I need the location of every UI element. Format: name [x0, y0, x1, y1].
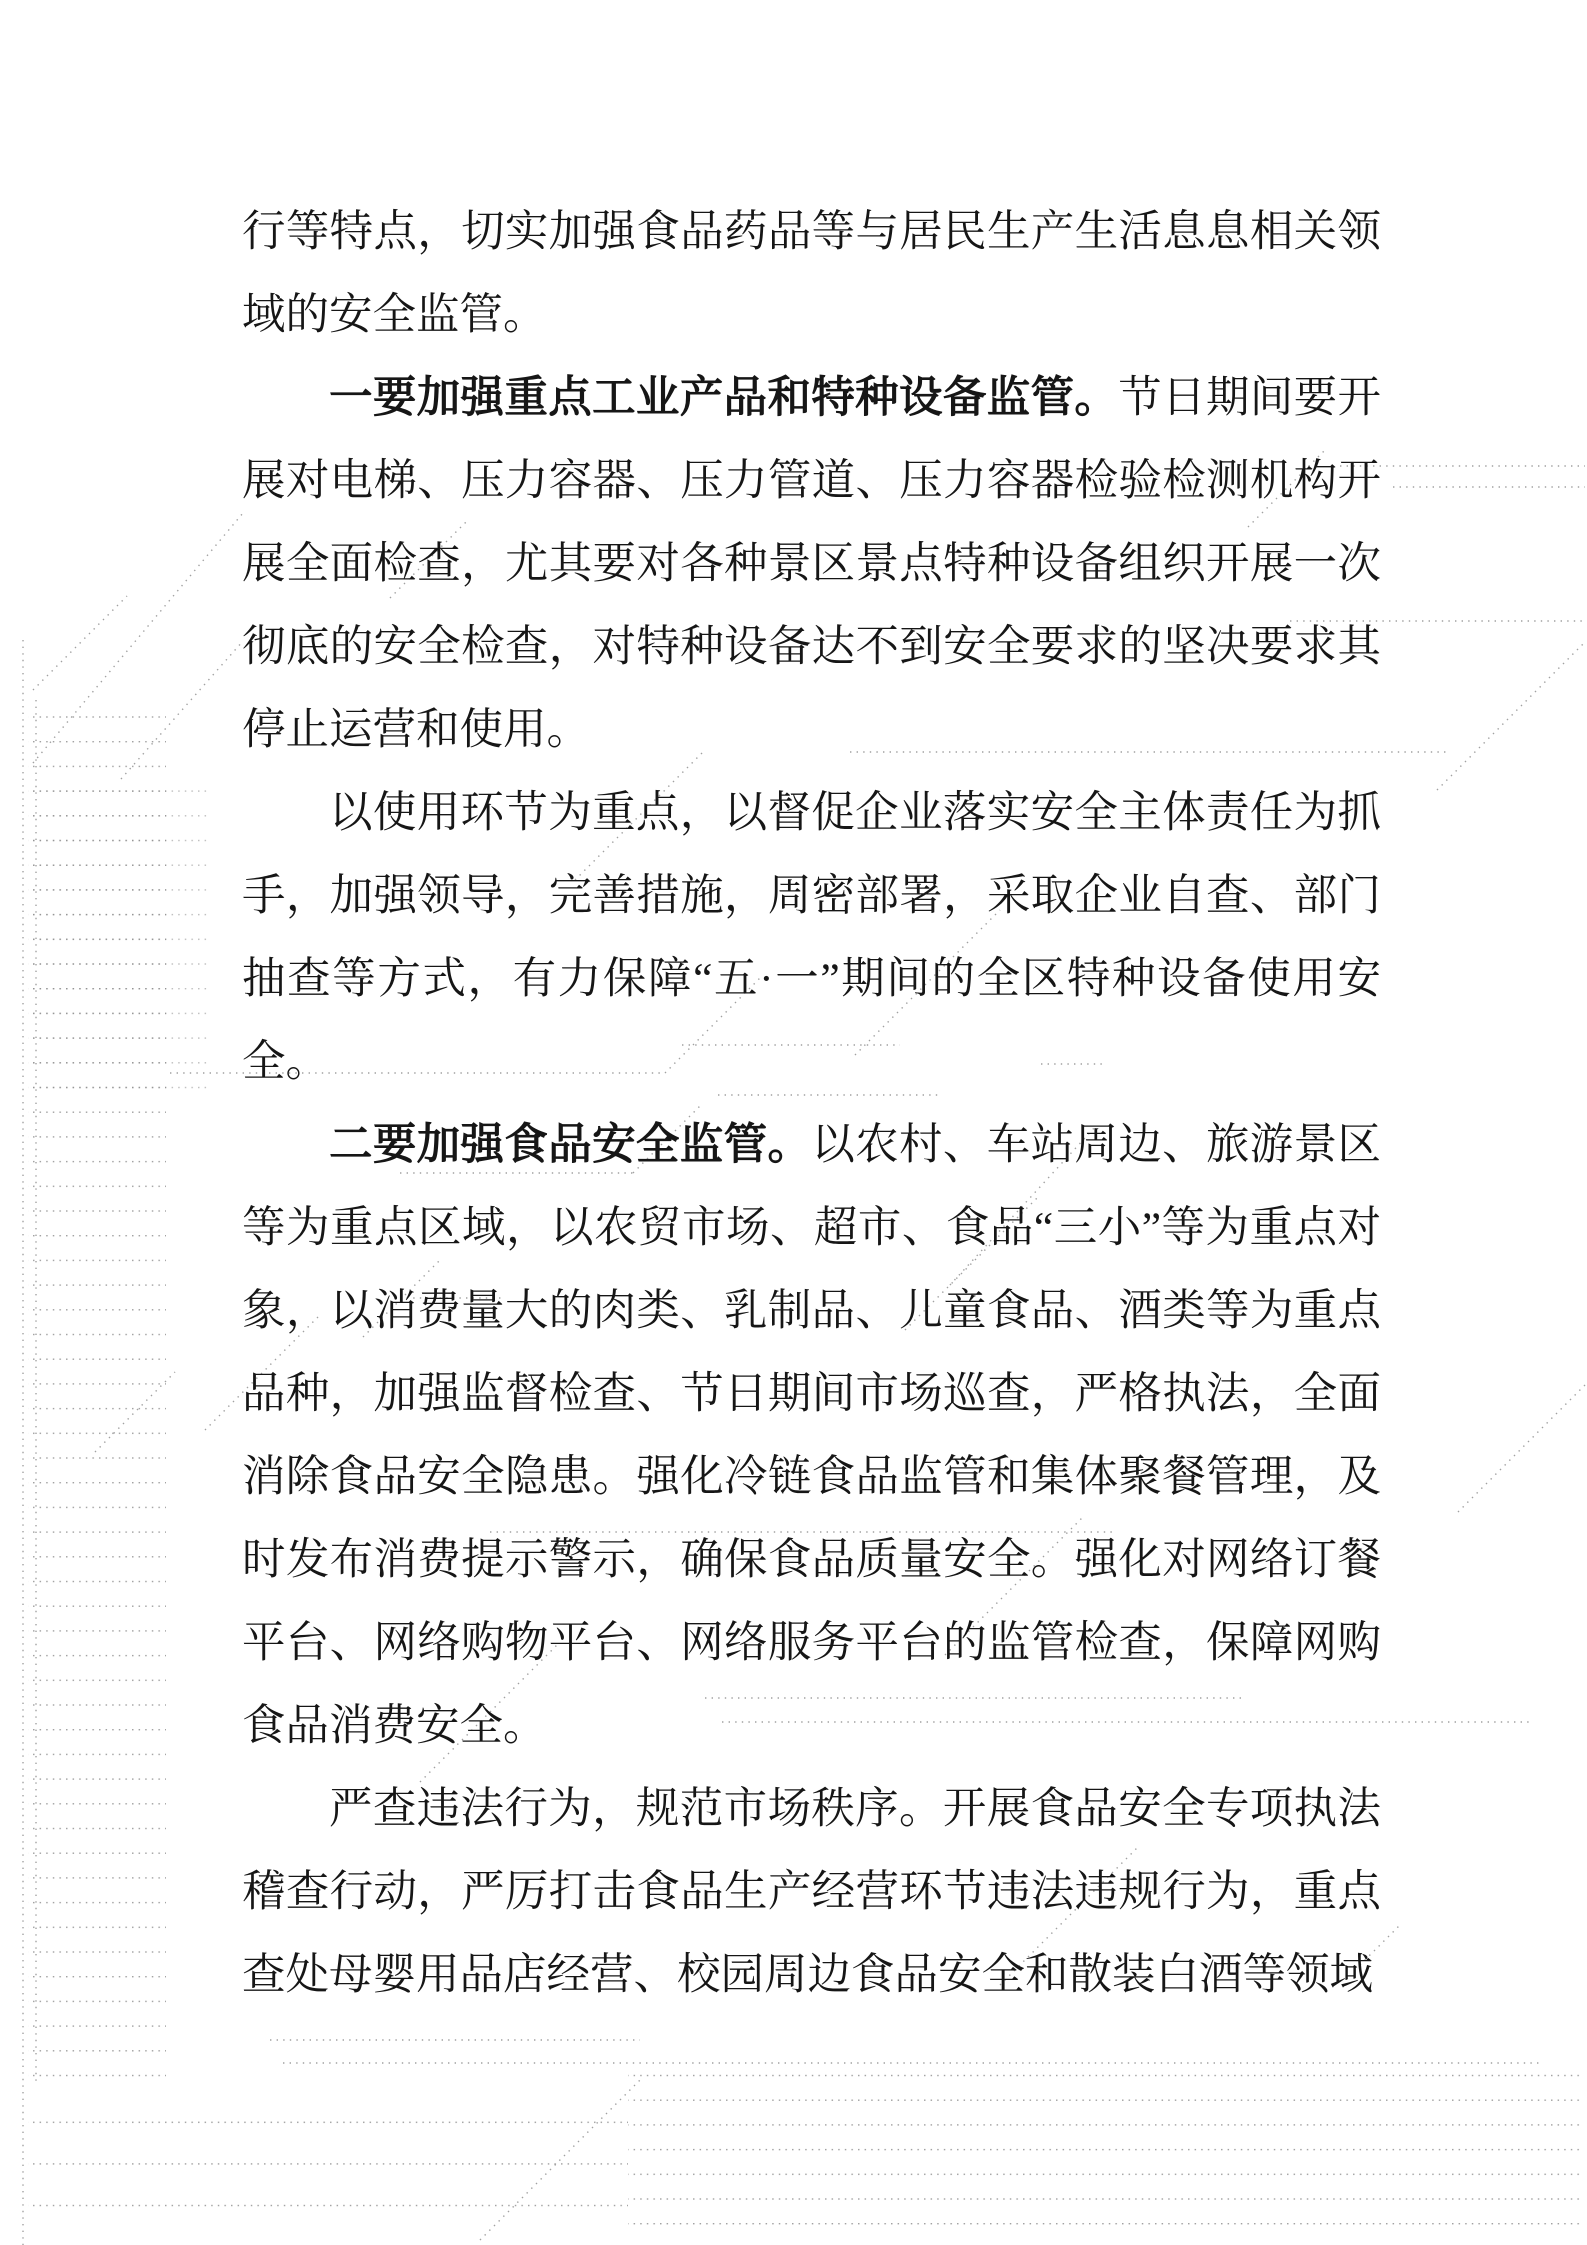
- paragraph-text: 节日期间要开展对电梯、压力容器、压力管道、压力容器检验检测机构开展全面检查，尤其…: [242, 374, 1381, 754]
- paragraph-text: 以农村、车站周边、旅游景区等为重点区域，以农贸市场、超市、食品“三小”等为重点对…: [242, 1121, 1381, 1750]
- paragraph-lead-bold: 一要加强重点工业产品和特种设备监管。: [329, 374, 1118, 422]
- document-body-text: 行等特点，切实加强食品药品等与居民生产生活息息相关领域的安全监管。 一要加强重点…: [242, 191, 1381, 2017]
- paragraph-industrial-products-supervision: 一要加强重点工业产品和特种设备监管。节日期间要开展对电梯、压力容器、压力管道、压…: [242, 357, 1381, 772]
- paragraph-text: 以使用环节为重点，以督促企业落实安全主体责任为抓手，加强领导，完善措施，周密部署…: [242, 789, 1381, 1086]
- document-page: 行等特点，切实加强食品药品等与居民生产生活息息相关领域的安全监管。 一要加强重点…: [0, 0, 1587, 2245]
- paragraph-food-safety-supervision: 二要加强食品安全监管。以农村、车站周边、旅游景区等为重点区域，以农贸市场、超市、…: [242, 1104, 1381, 1768]
- bottom-right-dotted-rules: [628, 2073, 1580, 2245]
- paragraph-text: 行等特点，切实加强食品药品等与居民生产生活息息相关领域的安全监管。: [242, 208, 1381, 339]
- paragraph-text: 严查违法行为，规范市场秩序。开展食品安全专项执法稽查行动，严厉打击食品生产经营环…: [242, 1785, 1381, 1999]
- paragraph-lead-bold: 二要加强食品安全监管。: [329, 1121, 811, 1169]
- left-margin-dotted-rules-wide: [28, 780, 208, 1090]
- bottom-left-dotted-rules: [28, 2085, 628, 2245]
- paragraph-special-equipment-use: 以使用环节为重点，以督促企业落实安全主体责任为抓手，加强领导，完善措施，周密部署…: [242, 772, 1381, 1104]
- paragraph-continuation: 行等特点，切实加强食品药品等与居民生产生活息息相关领域的安全监管。: [242, 191, 1381, 357]
- paragraph-law-enforcement: 严查违法行为，规范市场秩序。开展食品安全专项执法稽查行动，严厉打击食品生产经营环…: [242, 1768, 1381, 2017]
